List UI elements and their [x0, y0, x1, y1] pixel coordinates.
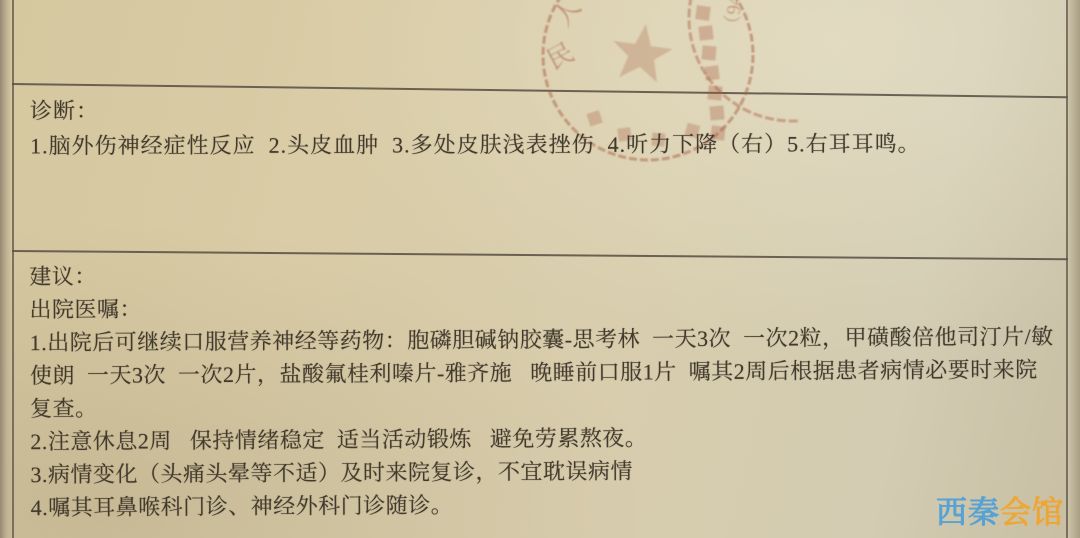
- seal-star-icon: [608, 20, 675, 84]
- diagnosis-content: 1.脑外伤神经症性反应 2.头皮血肿 3.多处皮肤浅表挫伤 4.听力下降（右）5…: [30, 126, 1052, 164]
- seal-text-ren: 人: [548, 0, 587, 32]
- advice-item-1: 1.出院后可继续口服营养神经等药物：胞磷胆碱钠胶囊-思考林 一天3次 一次2粒，…: [30, 320, 1057, 425]
- site-watermark: 西秦会馆: [936, 487, 1064, 532]
- table-border-left: [12, 0, 14, 538]
- diagnosis-label: 诊断：: [30, 91, 1052, 129]
- document-photo: 人 民 （94）: [0, 0, 1080, 538]
- advice-section: 建议： 出院医嘱： 1.出院后可继续口服营养神经等药物：胞磷胆碱钠胶囊-思考林 …: [29, 254, 1057, 524]
- watermark-part2: 会馆: [1000, 495, 1064, 531]
- advice-item-4: 4.嘱其耳鼻喉科门诊、神经外科门诊随诊。: [31, 485, 1057, 524]
- paper-right-edge-shadow: [1068, 0, 1080, 538]
- second-seal-number: （94）: [721, 0, 747, 34]
- seal-text-min: 民: [542, 37, 579, 75]
- watermark-part1: 西秦: [936, 495, 1000, 531]
- paper-left-edge-shadow: [0, 0, 12, 538]
- diagnosis-section: 诊断： 1.脑外伤神经症性反应 2.头皮血肿 3.多处皮肤浅表挫伤 4.听力下降…: [30, 91, 1052, 164]
